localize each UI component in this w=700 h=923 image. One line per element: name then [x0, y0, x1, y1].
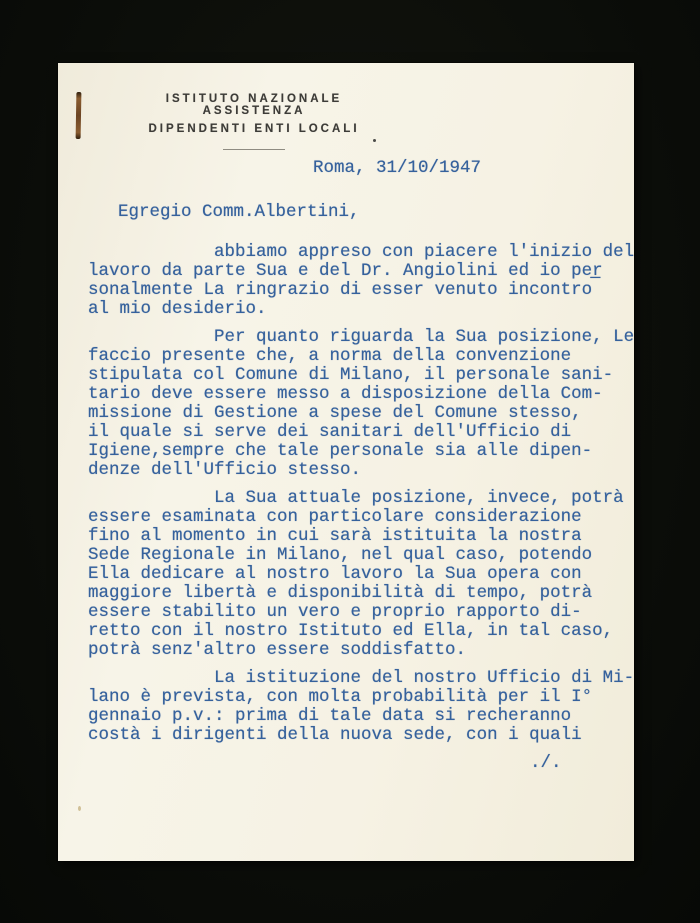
date-line: Roma, 31/10/1947	[313, 159, 481, 178]
continuation-mark: ./.	[530, 754, 562, 773]
staple	[76, 92, 82, 139]
letterhead-rule	[223, 149, 285, 150]
letterhead-line1: ISTITUTO NAZIONALE ASSISTENZA	[116, 94, 392, 117]
letterhead: ISTITUTO NAZIONALE ASSISTENZA DIPENDENTI…	[116, 94, 392, 150]
crease-speck	[78, 806, 81, 811]
letter-page: ISTITUTO NAZIONALE ASSISTENZA DIPENDENTI…	[58, 63, 634, 861]
paragraph-1: abbiamo appreso con piacere l'inizio del…	[88, 243, 634, 319]
paragraph-3: La Sua attuale posizione, invece, potrà …	[88, 489, 634, 660]
salutation: Egregio Comm.Albertini,	[118, 203, 360, 222]
ink-speck	[373, 139, 376, 142]
paragraph-4: La istituzione del nostro Ufficio di Mi-…	[88, 669, 634, 745]
paragraph-2: Per quanto riguarda la Sua posizione, Le…	[88, 328, 634, 480]
letter-body: abbiamo appreso con piacere l'inizio del…	[88, 243, 634, 754]
letterhead-line2: DIPENDENTI ENTI LOCALI	[116, 124, 392, 136]
